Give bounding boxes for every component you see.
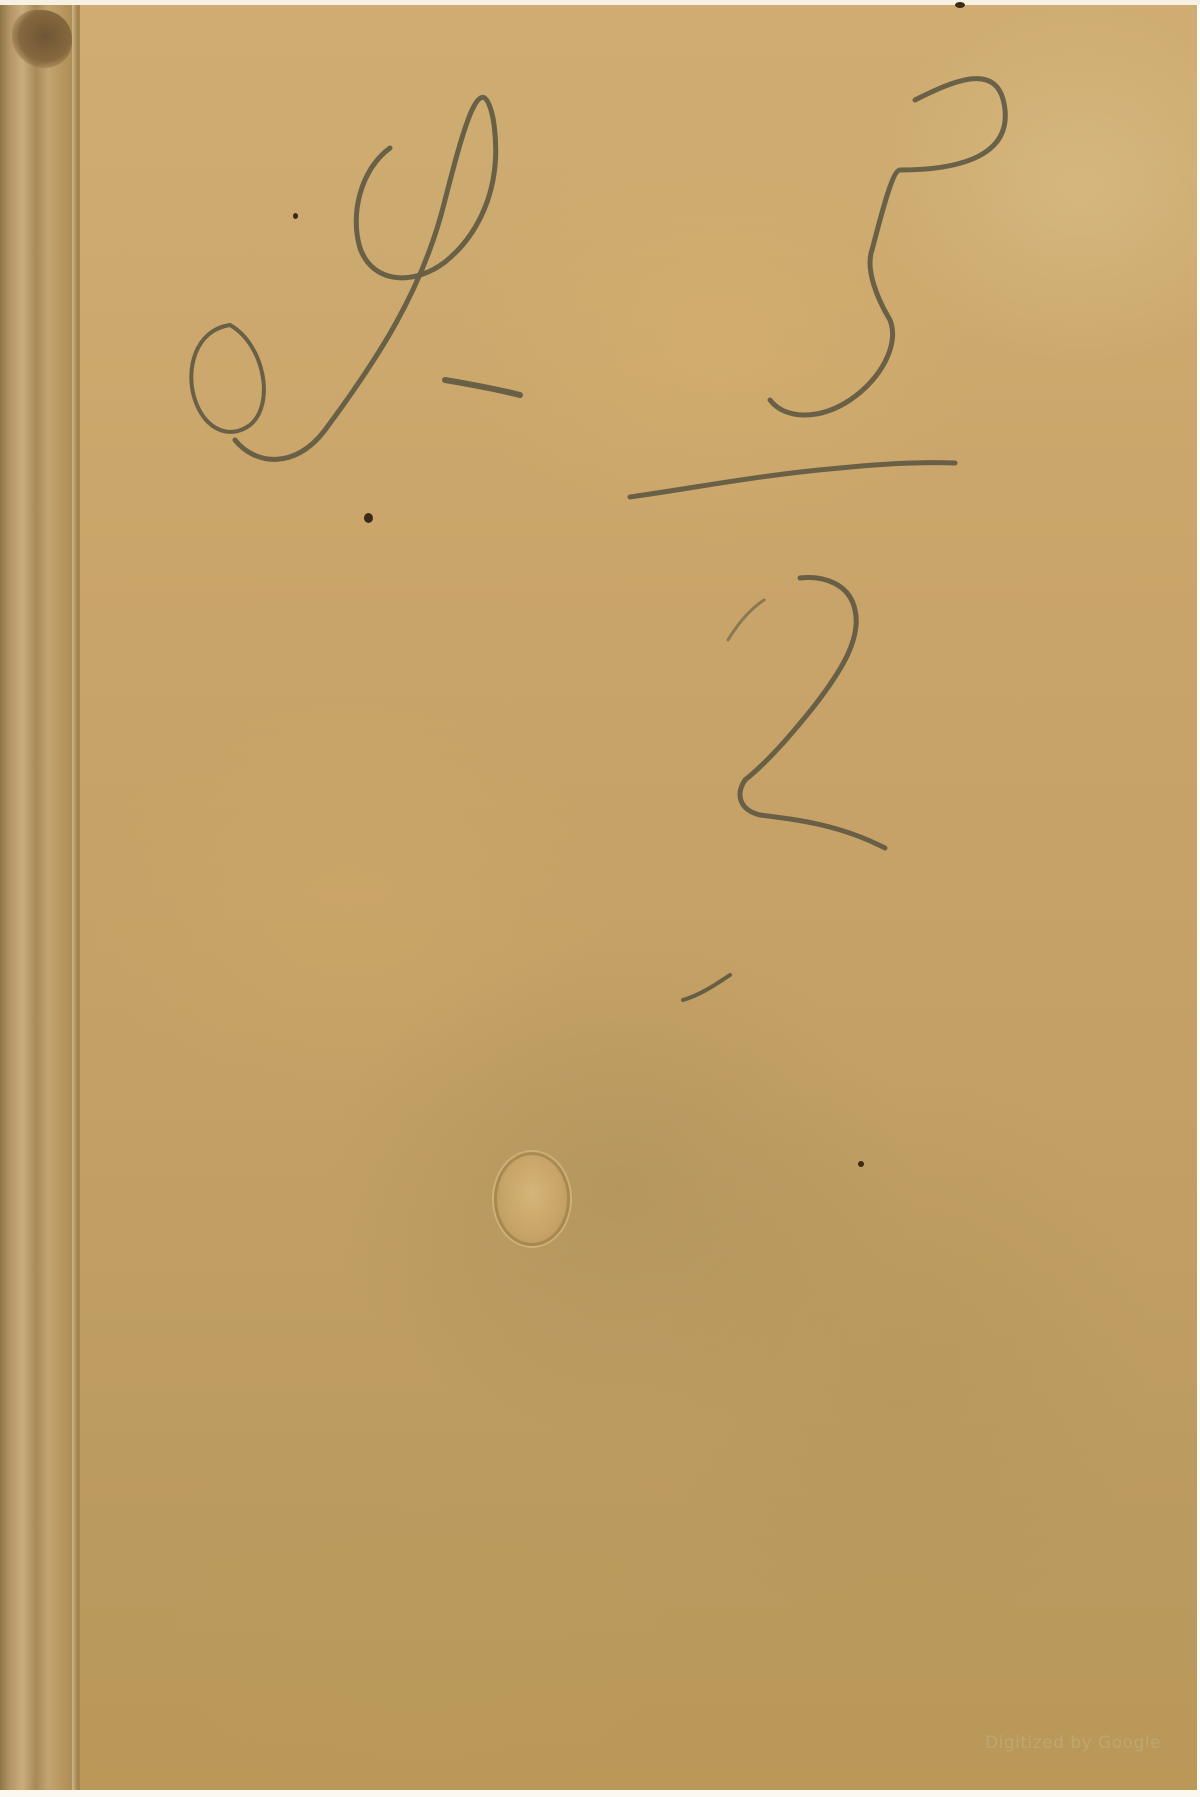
spine-fold-line [72, 5, 78, 1790]
digitized-watermark: Digitized by Google [985, 1733, 1161, 1753]
ink-speck [293, 213, 298, 219]
embossed-seal [494, 1152, 570, 1246]
ink-speck [955, 2, 965, 8]
vellum-cover [0, 5, 1197, 1790]
scan-bottom-margin [0, 1790, 1200, 1797]
book-spine [0, 5, 80, 1790]
ink-speck [364, 513, 373, 523]
ink-speck [858, 1161, 864, 1167]
